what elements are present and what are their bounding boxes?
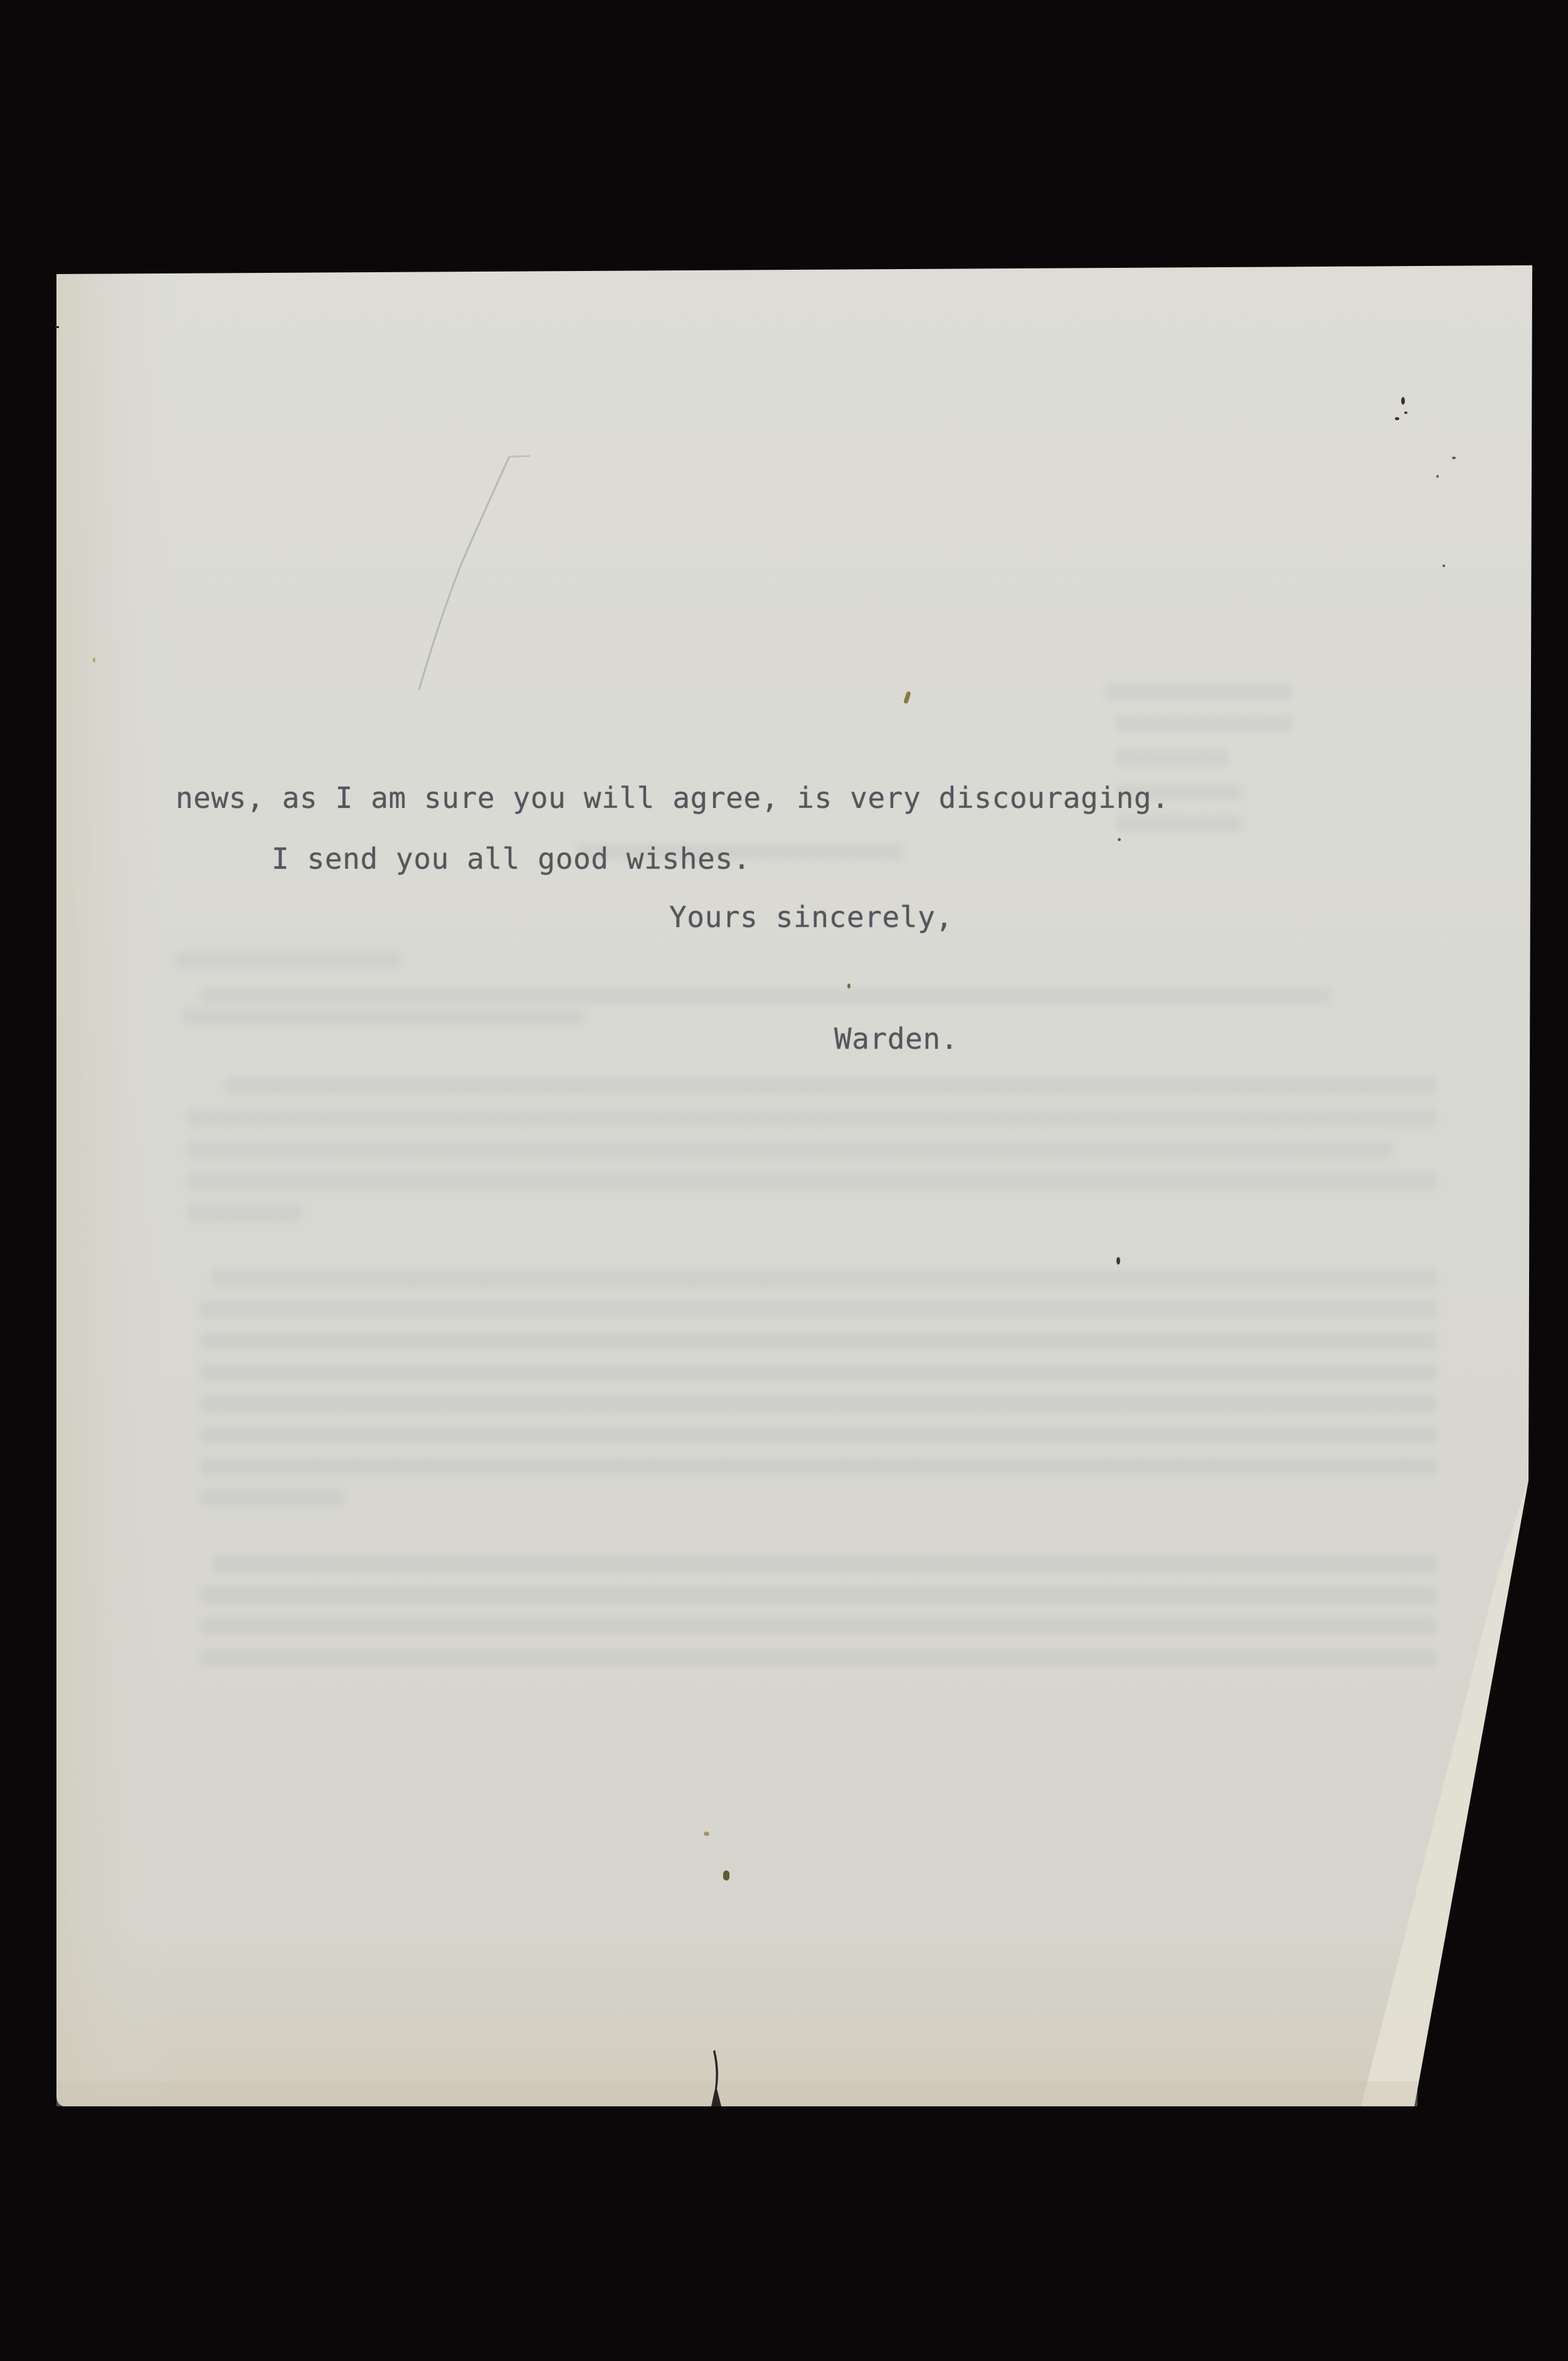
bleed-through-mark [1116, 750, 1229, 766]
bleed-through-mark [1116, 815, 1242, 832]
paper-puncture [1452, 457, 1456, 459]
letter-signature: Warden. [834, 1024, 958, 1053]
paper-speck [1443, 565, 1445, 567]
letter-valediction: Yours sincerely, [669, 903, 953, 931]
bleed-through-mark [188, 1110, 1436, 1127]
bleed-through-mark [201, 1427, 1436, 1443]
bleed-through-mark [201, 1650, 1436, 1666]
bleed-through-mark [188, 1173, 1436, 1189]
paper-speck [1116, 1257, 1120, 1265]
letter-page: news, as I am sure you will agree, is ve… [0, 0, 1568, 2361]
paper-speck [704, 1832, 709, 1836]
bleed-through-mark [182, 1009, 583, 1025]
bleed-through-mark [201, 1490, 345, 1506]
paper-speck [1118, 838, 1121, 841]
paper-puncture [1401, 397, 1405, 405]
paper-puncture [1436, 475, 1439, 478]
scan-background: news, as I am sure you will agree, is ve… [0, 0, 1568, 2361]
bleed-through-mark [226, 1078, 1436, 1094]
bleed-through-mark [201, 1618, 1436, 1635]
bleed-through-mark [1104, 684, 1292, 700]
paper-puncture [1395, 417, 1399, 420]
bleed-through-mark [176, 952, 401, 968]
paper-speck [93, 657, 95, 662]
bleed-through-mark [201, 1333, 1436, 1349]
bleed-through-mark [1116, 715, 1292, 731]
bleed-through-mark [201, 1302, 1436, 1318]
paper-speck [847, 984, 850, 989]
paper-puncture [1404, 411, 1407, 414]
paper-speck [723, 1870, 729, 1881]
bleed-through-mark [188, 1142, 1392, 1158]
bleed-through-mark [213, 1270, 1436, 1287]
bleed-through-mark [201, 1396, 1436, 1412]
bleed-through-mark [213, 1556, 1436, 1572]
bleed-through-mark [201, 988, 1330, 1004]
bleed-through-mark [188, 1204, 301, 1221]
bleed-through-mark [201, 1458, 1436, 1475]
bleed-through-mark [201, 1364, 1436, 1381]
letter-good-wishes-line: I send you all good wishes. [272, 844, 751, 873]
bleed-through-mark [201, 1587, 1436, 1603]
letter-closing-paragraph-line: news, as I am sure you will agree, is ve… [176, 783, 1169, 812]
